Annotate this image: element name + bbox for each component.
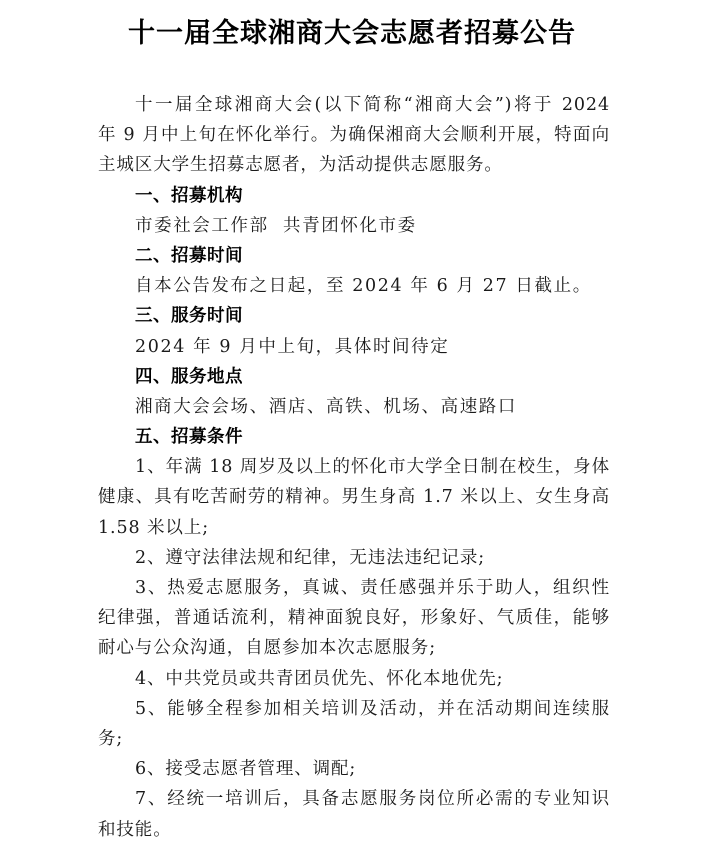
document-body: 十一届全球湘商大会(以下简称“湘商大会”)将于 2024 年 9 月中上旬在怀化… [98, 90, 610, 845]
condition-item-1: 1、年满 18 周岁及以上的怀化市大学全日制在校生，身体 健康、具有吃苦耐劳的精… [98, 452, 610, 543]
section-content: 市委社会工作部 共青团怀化市委 [98, 211, 610, 241]
section-content: 2024 年 9 月中上旬，具体时间待定 [98, 332, 610, 362]
section-heading: 五、招募条件 [98, 422, 610, 452]
section-service-time: 三、服务时间 2024 年 9 月中上旬，具体时间待定 [98, 301, 610, 361]
condition-item-4: 4、中共党员或共青团员优先、怀化本地优先; [98, 664, 610, 694]
condition-line: 1.58 米以上; [98, 513, 610, 543]
intro-line: 年 9 月中上旬在怀化举行。为确保湘商大会顺利开展，特面向 [98, 120, 610, 150]
section-content: 湘商大会会场、酒店、高铁、机场、高速路口 [98, 392, 610, 422]
condition-line: 务; [98, 724, 610, 754]
condition-item-6: 6、接受志愿者管理、调配; [98, 754, 610, 784]
intro-line: 主城区大学生招募志愿者，为活动提供志愿服务。 [98, 150, 610, 180]
section-heading: 三、服务时间 [98, 301, 610, 331]
section-conditions: 五、招募条件 1、年满 18 周岁及以上的怀化市大学全日制在校生，身体 健康、具… [98, 422, 610, 845]
intro-paragraph: 十一届全球湘商大会(以下简称“湘商大会”)将于 2024 年 9 月中上旬在怀化… [98, 90, 610, 181]
condition-line: 耐心与公众沟通，自愿参加本次志愿服务; [98, 633, 610, 663]
condition-line: 6、接受志愿者管理、调配; [98, 754, 610, 784]
condition-line: 2、遵守法律法规和纪律，无违法违纪记录; [98, 543, 610, 573]
condition-line: 4、中共党员或共青团员优先、怀化本地优先; [98, 664, 610, 694]
section-recruit-time: 二、招募时间 自本公告发布之日起，至 2024 年 6 月 27 日截止。 [98, 241, 610, 301]
condition-item-3: 3、热爱志愿服务，真诚、责任感强并乐于助人，组织性 纪律强，普通话流利，精神面貌… [98, 573, 610, 664]
section-heading: 二、招募时间 [98, 241, 610, 271]
condition-line: 1、年满 18 周岁及以上的怀化市大学全日制在校生，身体 [98, 452, 610, 482]
condition-line: 健康、具有吃苦耐劳的精神。男生身高 1.7 米以上、女生身高 [98, 482, 610, 512]
condition-item-7: 7、经统一培训后，具备志愿服务岗位所必需的专业知识 和技能。 [98, 784, 610, 844]
condition-line: 纪律强，普通话流利，精神面貌良好，形象好、气质佳，能够 [98, 603, 610, 633]
section-organizer: 一、招募机构 市委社会工作部 共青团怀化市委 [98, 181, 610, 241]
condition-line: 3、热爱志愿服务，真诚、责任感强并乐于助人，组织性 [98, 573, 610, 603]
section-service-location: 四、服务地点 湘商大会会场、酒店、高铁、机场、高速路口 [98, 362, 610, 422]
condition-item-5: 5、能够全程参加相关培训及活动，并在活动期间连续服 务; [98, 694, 610, 754]
condition-line: 5、能够全程参加相关培训及活动，并在活动期间连续服 [98, 694, 610, 724]
intro-line: 十一届全球湘商大会(以下简称“湘商大会”)将于 2024 [98, 90, 610, 120]
condition-item-2: 2、遵守法律法规和纪律，无违法违纪记录; [98, 543, 610, 573]
condition-line: 7、经统一培训后，具备志愿服务岗位所必需的专业知识 [98, 784, 610, 814]
condition-line: 和技能。 [98, 815, 610, 845]
section-heading: 四、服务地点 [98, 362, 610, 392]
document-title: 十一届全球湘商大会志愿者招募公告 [0, 14, 704, 54]
section-heading: 一、招募机构 [98, 181, 610, 211]
section-content: 自本公告发布之日起，至 2024 年 6 月 27 日截止。 [98, 271, 610, 301]
